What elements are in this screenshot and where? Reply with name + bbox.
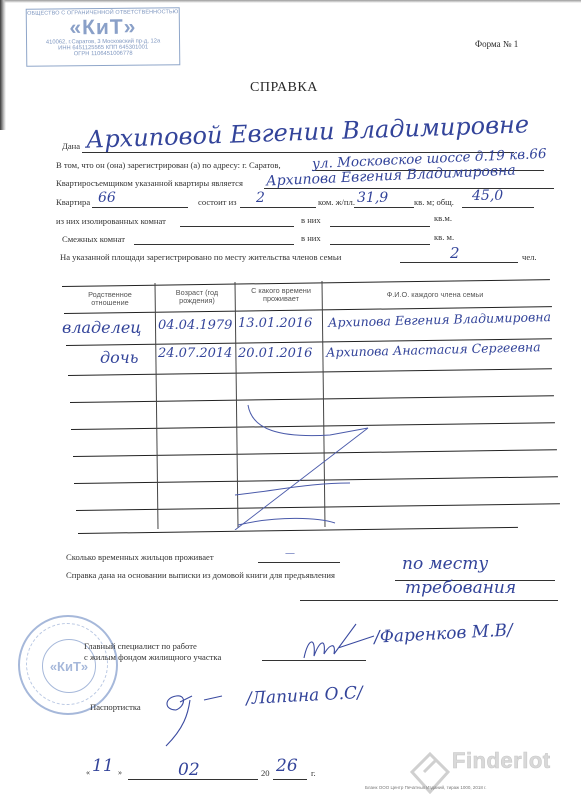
issued-to-value: Архиповой Евгении Владимировне (86, 110, 530, 153)
living-area-label: ком. ж/пл. (318, 197, 355, 207)
isolated-sqm-label: кв.м. (434, 213, 452, 223)
issued-to-label: Дана (62, 141, 80, 151)
date-month: 02 (178, 760, 200, 780)
cell-full-name: Архипова Анастасия Сергеевна (326, 339, 541, 360)
temp-residents-label: Сколько временных жильцов проживает (66, 552, 214, 562)
date-day: 11 (92, 756, 114, 776)
living-area-line (354, 207, 414, 208)
finderlot-brand: Finderlot (452, 748, 551, 774)
registered-members-line (400, 262, 518, 263)
isolated-in-them-label: в них (301, 215, 321, 225)
basis-line-2 (300, 600, 558, 601)
header-relation: Родственное отношение (70, 291, 150, 308)
tenant-label: Квартиросъемщиком указанной квартиры явл… (56, 178, 243, 188)
form-print-footer: Бланк ООО Центр Печатных Изданий, тираж … (365, 785, 487, 790)
adjacent-area-line (330, 244, 430, 245)
header-birth: Возраст (год рождения) (160, 289, 234, 306)
registered-members-label: На указанной площади зарегистрировано по… (60, 252, 341, 262)
stamp-company-name: «КиТ» (27, 16, 179, 40)
isolated-rooms-line (180, 226, 294, 227)
adjacent-rooms-label: Смежных комнат (62, 234, 125, 244)
total-area-label: кв. м; общ. (414, 197, 454, 207)
header-since: С какого времени проживает (240, 287, 322, 304)
cell-relation: дочь (100, 348, 138, 367)
date-open-quote: « (86, 768, 90, 777)
total-area-line (462, 207, 534, 208)
form-number: Форма № 1 (475, 39, 518, 49)
header-full-name: Ф.И.О. каждого члена семьи (330, 291, 540, 299)
date-year-prefix: 20 (261, 768, 270, 778)
table-row-border (68, 368, 552, 376)
chief-specialist-label-1: Главный специалист по работе (84, 641, 197, 651)
passport-officer-signature (162, 688, 242, 748)
basis-label: Справка дана на основании выписки из дом… (66, 570, 335, 580)
round-stamp: «КиТ» (18, 615, 118, 715)
total-area-value: 45,0 (472, 188, 503, 204)
cell-birth: 04.04.1979 (158, 318, 232, 333)
cell-full-name: Архипова Евгения Владимировна (328, 309, 551, 330)
isolated-rooms-label: из них изолированных комнат (56, 216, 166, 226)
scan-edge-top (0, 0, 581, 3)
date-year-suffix: 26 (276, 756, 298, 776)
company-stamp: ОБЩЕСТВО С ОГРАНИЧЕННОЙ ОТВЕТСТВЕННОСТЬЮ… (26, 7, 181, 67)
adjacent-sqm-label: кв. м. (434, 232, 454, 242)
consists-label: состоит из (198, 197, 237, 207)
empty-rows-strikethrough (190, 390, 370, 530)
cell-birth: 24.07.2014 (158, 346, 232, 361)
apartment-line (92, 207, 188, 208)
tenant-line (264, 188, 554, 189)
date-year-line (273, 779, 307, 780)
cell-relation: владелец (62, 318, 141, 337)
registered-members-value: 2 (450, 244, 460, 262)
isolated-area-line (330, 226, 430, 227)
date-close-quote: » (118, 768, 122, 777)
address-label: В том, что он (она) зарегистрирован (а) … (56, 160, 281, 170)
scan-edge-left (0, 0, 6, 130)
adjacent-rooms-line (134, 244, 294, 245)
passport-officer-label: Паспортистка (90, 702, 141, 712)
chief-specialist-name: /Фаренков М.В/ (374, 620, 514, 647)
finderlot-watermark: Finderlot (410, 748, 581, 800)
rooms-line (240, 207, 316, 208)
temp-residents-line (258, 562, 340, 563)
rooms-value: 2 (256, 190, 265, 206)
persons-label: чел. (522, 252, 537, 262)
living-area-value: 31,9 (357, 190, 388, 206)
chief-specialist-signature (298, 618, 378, 668)
cell-since: 13.01.2016 (238, 316, 312, 331)
date-year-label: г. (311, 768, 316, 778)
document-title: СПРАВКА (250, 80, 318, 96)
passport-officer-name: /Лапина О.С/ (246, 683, 364, 709)
basis-value-line1: по месту (402, 554, 488, 574)
adjacent-in-them-label: в них (301, 233, 321, 243)
stamp-ogrn: ОГРН 1106451006778 (27, 50, 179, 58)
apartment-value: 66 (98, 190, 116, 206)
temp-residents-value: — (285, 548, 295, 559)
apartment-label: Квартира (56, 197, 90, 207)
cell-since: 20.01.2016 (238, 346, 312, 361)
basis-value-line2: требования (405, 578, 516, 598)
chief-specialist-label-2: с жилым фондом жилищного участка (84, 652, 221, 662)
